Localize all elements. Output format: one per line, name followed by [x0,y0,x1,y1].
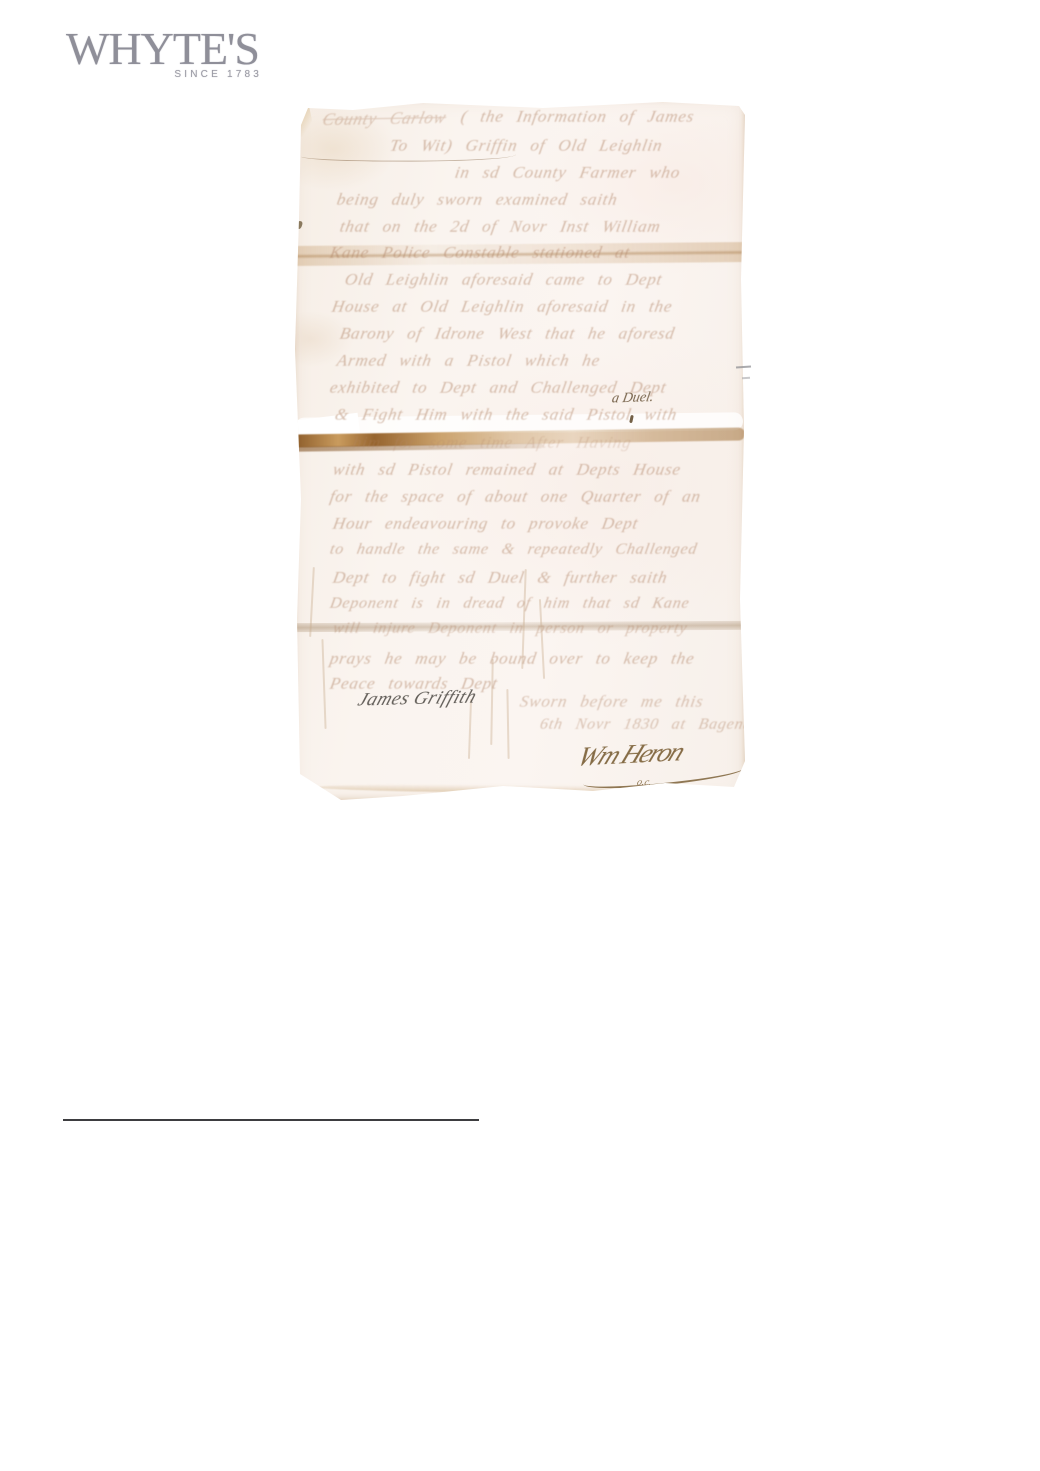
handwriting-line: Barony of Idrone West that he aforesd [338,324,676,344]
handwriting-struck-opening: County Carlow [320,108,448,130]
handwriting-line-obscured: him for some time After Having [351,433,633,453]
handwriting-line: with sd Pistol remained at Depts House [331,460,682,480]
magistrate-suffix: o.c. [636,777,653,788]
handwriting-line: Kane Police Constable stationed at [328,243,632,263]
catalog-page: WHYTE'S SINCE 1783 County Carlow ( the I… [0,0,1040,1471]
manuscript-paper: County Carlow ( the Information of James… [293,99,745,801]
bleedthrough-mark [321,639,326,729]
handwriting-line: To Wit) Griffin of Old Leighlin [388,136,664,156]
manuscript-photo: County Carlow ( the Information of James… [293,99,745,801]
handwriting-line: prays he may be bound over to keep the [328,649,696,669]
handwriting-line: in sd County Farmer who [453,163,682,183]
deponent-signature: James Griffith [355,686,480,711]
bleedthrough-mark [506,689,509,759]
ink-speck [296,220,303,229]
handwriting-line: House at Old Leighlin aforesaid in the [330,297,674,317]
handwriting-line: Armed with a Pistol which he [335,351,602,371]
attestation-line: Sworn before me this [518,692,705,712]
torn-corner-stain [291,104,315,137]
handwriting-line: & Fight Him with the said Pistol with [333,405,679,425]
handwriting-line: being duly sworn examined saith [335,190,619,210]
bottom-edge-stain [315,783,731,795]
whytes-logo: WHYTE'S SINCE 1783 [66,26,266,80]
handwriting-line: for the space of about one Quarter of an [328,487,702,507]
attestation-line: 6th Novr 1830 at Bagenalstown [538,716,800,734]
handwriting-line: Dept to fight sd Duel & further saith [331,568,669,588]
bleedthrough-mark [490,659,494,745]
brand-wordmark: WHYTE'S [66,26,266,72]
handwriting-line: ( the Information of James [459,107,696,127]
handwriting-insertion: a Duel. [610,390,654,407]
handwriting-line: to handle the same & repeatedly Challeng… [328,541,698,559]
handwriting-line: will injure Deponent in person or proper… [331,620,688,638]
handwriting-line: Old Leighlin aforesaid came to Dept [343,270,664,290]
footnote-rule [63,1119,479,1121]
stray-mark [742,377,750,379]
handwriting-line: Deponent is in dread of him that sd Kane [328,595,691,613]
handwriting-line: that on the 2d of Novr Inst William [338,217,662,237]
handwriting-line: Hour endeavouring to provoke Dept [331,514,640,534]
